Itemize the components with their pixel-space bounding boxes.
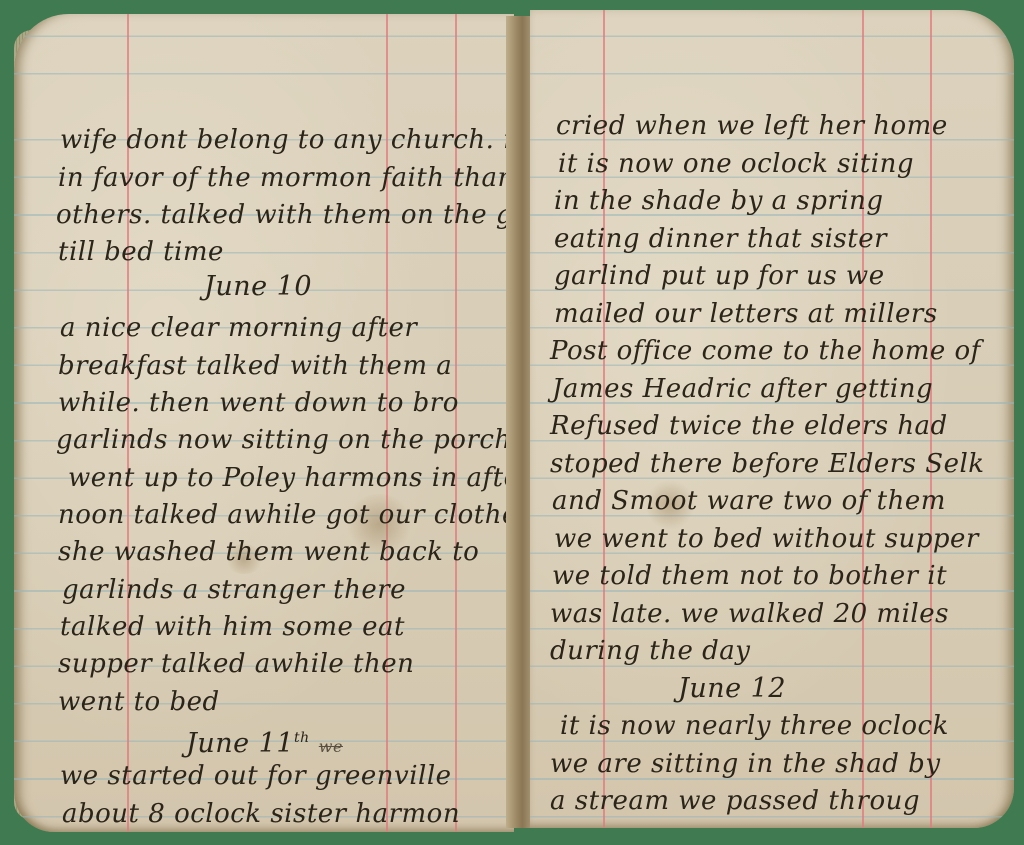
date-suffix: th [294,730,310,746]
text-line: it is now one oclock siting [558,146,914,184]
text-line: was late. we walked 20 miles [550,596,949,634]
text-line: a stream we passed throug [550,783,920,821]
text-line: she washed them went back to [58,534,479,572]
text-line: we are sitting in the shad by [550,746,941,784]
text-line: till bed time [58,234,224,272]
text-line: talked with him some eat [60,609,405,647]
text-line: stoped there before Elders Selk [550,446,985,484]
text-line: we told them not to bother it [552,558,947,596]
text-line: wife dont belong to any church. more [60,122,514,160]
right-page: cried when we left her home it is now on… [530,10,1014,828]
text-line: James Headric after getting [552,371,933,409]
text-line: a nice clear morning after [60,310,417,348]
date-header: June 10 [204,268,312,306]
text-line: breakfast talked with them a [58,348,452,386]
text-line: others. talked with them on the gospel [56,197,514,235]
date-text: June 11 [186,728,294,759]
date-header: June 11th we [186,720,343,758]
text-line: noon talked awhile got our clothes [58,497,514,535]
text-line: Refused twice the elders had [550,408,948,446]
struck-word: we [319,737,343,756]
text-line: eating dinner that sister [554,221,887,259]
text-line: it is now nearly three oclock [560,708,949,746]
text-line: while. then went down to bro [58,385,459,423]
text-line: went up to Poley harmons in after [68,460,514,498]
open-diary: wife dont belong to any church. more in … [0,0,1024,845]
date-header: June 12 [678,670,786,708]
text-line: in favor of the mormon faith than any [58,160,514,198]
text-line: during the day [550,633,750,671]
text-line: garlinds now sitting on the porch [56,422,512,460]
text-line: we went to bed without supper [554,521,979,559]
text-line: went to bed [58,684,220,722]
text-line: in the shade by a spring [554,183,884,221]
text-line: we started out for greenville [60,758,452,796]
text-line: cried when we left her home [556,108,948,146]
text-line: garlind put up for us we [554,258,885,296]
text-line: garlinds a stranger there [62,572,406,610]
left-page: wife dont belong to any church. more in … [14,14,514,832]
text-line: and Smoot ware two of them [552,483,946,521]
text-line: Post office come to the home of [550,333,981,371]
text-line: supper talked awhile then [58,646,414,684]
text-line: about 8 oclock sister harmon [62,796,460,832]
text-line: mailed our letters at millers [554,296,938,334]
